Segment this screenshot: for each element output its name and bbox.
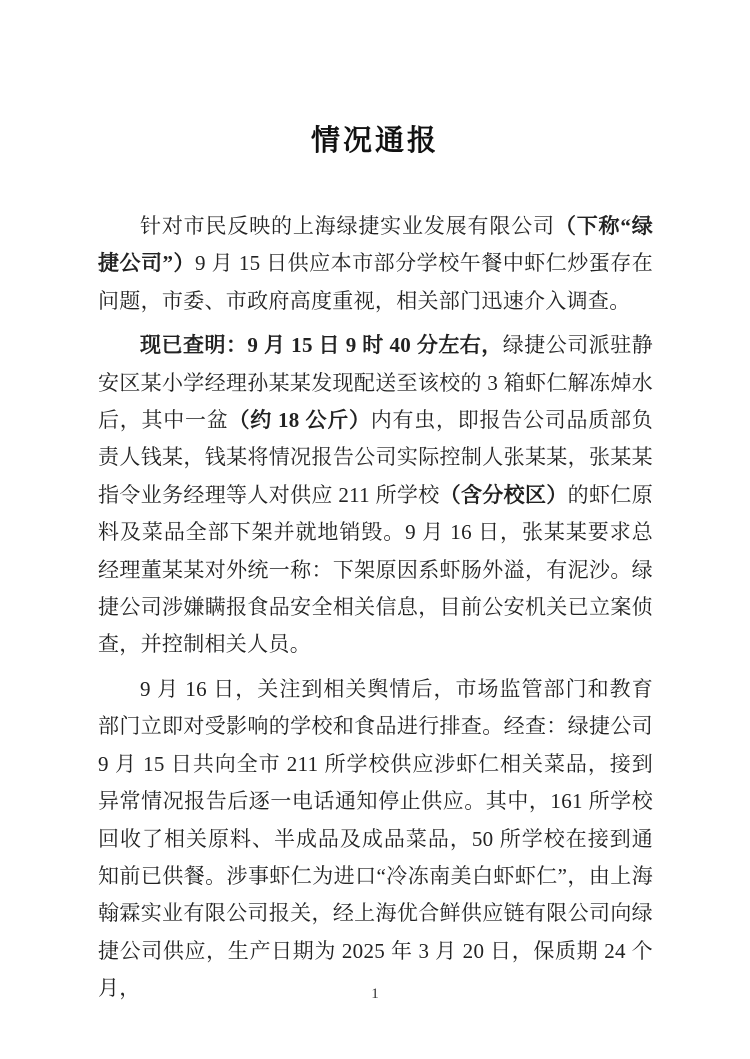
paragraph: 现已查明：9 月 15 日 9 时 40 分左右，绿捷公司派驻静安区某小学经理孙… bbox=[98, 327, 653, 664]
text-segment-bold: （约 18 公斤） bbox=[228, 408, 370, 432]
paragraph: 9 月 16 日，关注到相关舆情后，市场监管部门和教育部门立即对受影响的学校和食… bbox=[98, 671, 653, 1008]
text-segment: 9 月 16 日，关注到相关舆情后，市场监管部门和教育部门立即对受影响的学校和食… bbox=[98, 677, 653, 1000]
text-segment-bold: （含分校区） bbox=[440, 483, 568, 507]
paragraph: 针对市民反映的上海绿捷实业发展有限公司（下称“绿捷公司”）9 月 15 日供应本… bbox=[98, 208, 653, 320]
document-title: 情况通报 bbox=[0, 0, 750, 158]
text-segment: 针对市民反映的上海绿捷实业发展有限公司 bbox=[140, 214, 555, 238]
document-page: 情况通报 针对市民反映的上海绿捷实业发展有限公司（下称“绿捷公司”）9 月 15… bbox=[0, 0, 750, 1059]
text-segment: 的虾仁原料及菜品全部下架并就地销毁。9 月 16 日，张某某要求总经理董某某对外… bbox=[98, 483, 653, 657]
text-segment-bold: 现已查明：9 月 15 日 9 时 40 分左右， bbox=[140, 333, 503, 357]
page-number: 1 bbox=[0, 986, 750, 1003]
document-body: 针对市民反映的上海绿捷实业发展有限公司（下称“绿捷公司”）9 月 15 日供应本… bbox=[0, 158, 750, 1008]
